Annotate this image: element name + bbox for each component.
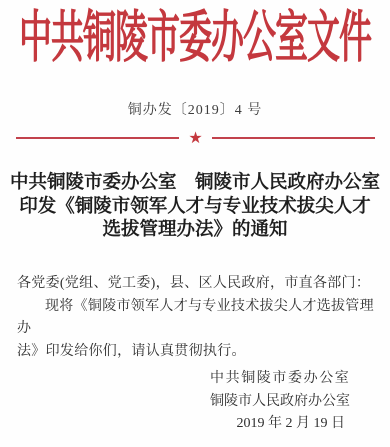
document-number: 铜办发〔2019〕4 号 xyxy=(0,101,390,121)
title-line-1: 中共铜陵市委办公室 铜陵市人民政府办公室 xyxy=(0,172,390,196)
title-line-3: 选拔管理办法》的通知 xyxy=(0,219,390,243)
divider-line-left xyxy=(16,137,179,139)
document-page: 中共铜陵市委办公室文件 铜办发〔2019〕4 号 ★ 中共铜陵市委办公室 铜陵市… xyxy=(0,0,390,447)
signature-org-1: 中共铜陵市委办公室 xyxy=(210,368,350,391)
body-line-2: 现将《铜陵市领军人才与专业技术拔尖人才选拔管理办 xyxy=(17,296,374,341)
document-masthead: 中共铜陵市委办公室文件 xyxy=(0,12,390,68)
document-title: 中共铜陵市委办公室 铜陵市人民政府办公室 印发《铜陵市领军人才与专业技术拔尖人才… xyxy=(0,172,390,243)
divider-line-right xyxy=(212,137,375,139)
document-body: 各党委(党组、党工委)，县、区人民政府，市直各部门： 现将《铜陵市领军人才与专业… xyxy=(17,273,374,363)
red-divider: ★ xyxy=(16,130,375,146)
title-line-2: 印发《铜陵市领军人才与专业技术拔尖人才 xyxy=(0,196,390,220)
star-icon: ★ xyxy=(188,130,202,146)
signature-date: 2019 年 2 月 19 日 xyxy=(210,413,350,436)
body-line-3: 法》印发给你们，请认真贯彻执行。 xyxy=(17,341,374,364)
signature-org-2: 铜陵市人民政府办公室 xyxy=(210,391,350,414)
salutation-line: 各党委(党组、党工委)，县、区人民政府，市直各部门： xyxy=(17,273,374,296)
signature-block: 中共铜陵市委办公室 铜陵市人民政府办公室 2019 年 2 月 19 日 xyxy=(210,368,350,436)
